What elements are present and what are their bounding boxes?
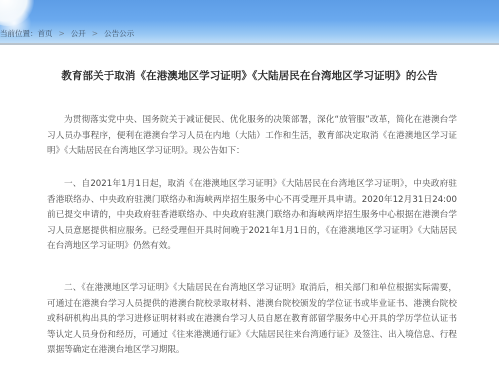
header-divider [0,43,499,45]
breadcrumb-separator: > [59,29,65,38]
article-paragraph-one: 一、自2021年1月1日起，取消《在港澳地区学习证明》《大陆居民在台湾地区学习证… [47,177,457,255]
article-paragraph-two: 二、《在港澳地区学习证明》《大陆居民在台湾地区学习证明》取消后，相关部门和单位根… [47,281,457,359]
breadcrumb-item-home[interactable]: 首页 [38,29,53,38]
article-title: 教育部关于取消《在港澳地区学习证明》《大陆居民在台湾地区学习证明》的公告 [0,68,499,83]
header-banner: 当前位置：首页>公开>公告公示 [0,0,499,44]
breadcrumb-item-public[interactable]: 公开 [71,29,86,38]
breadcrumb: 当前位置：首页>公开>公告公示 [0,28,134,40]
breadcrumb-separator: > [92,29,98,38]
article-paragraph-intro: 为贯彻落实党中央、国务院关于减证便民、优化服务的决策部署，深化“放管服”改革，简… [47,113,457,160]
breadcrumb-item-notices[interactable]: 公告公示 [104,29,134,38]
breadcrumb-prefix: 当前位置： [0,29,38,38]
